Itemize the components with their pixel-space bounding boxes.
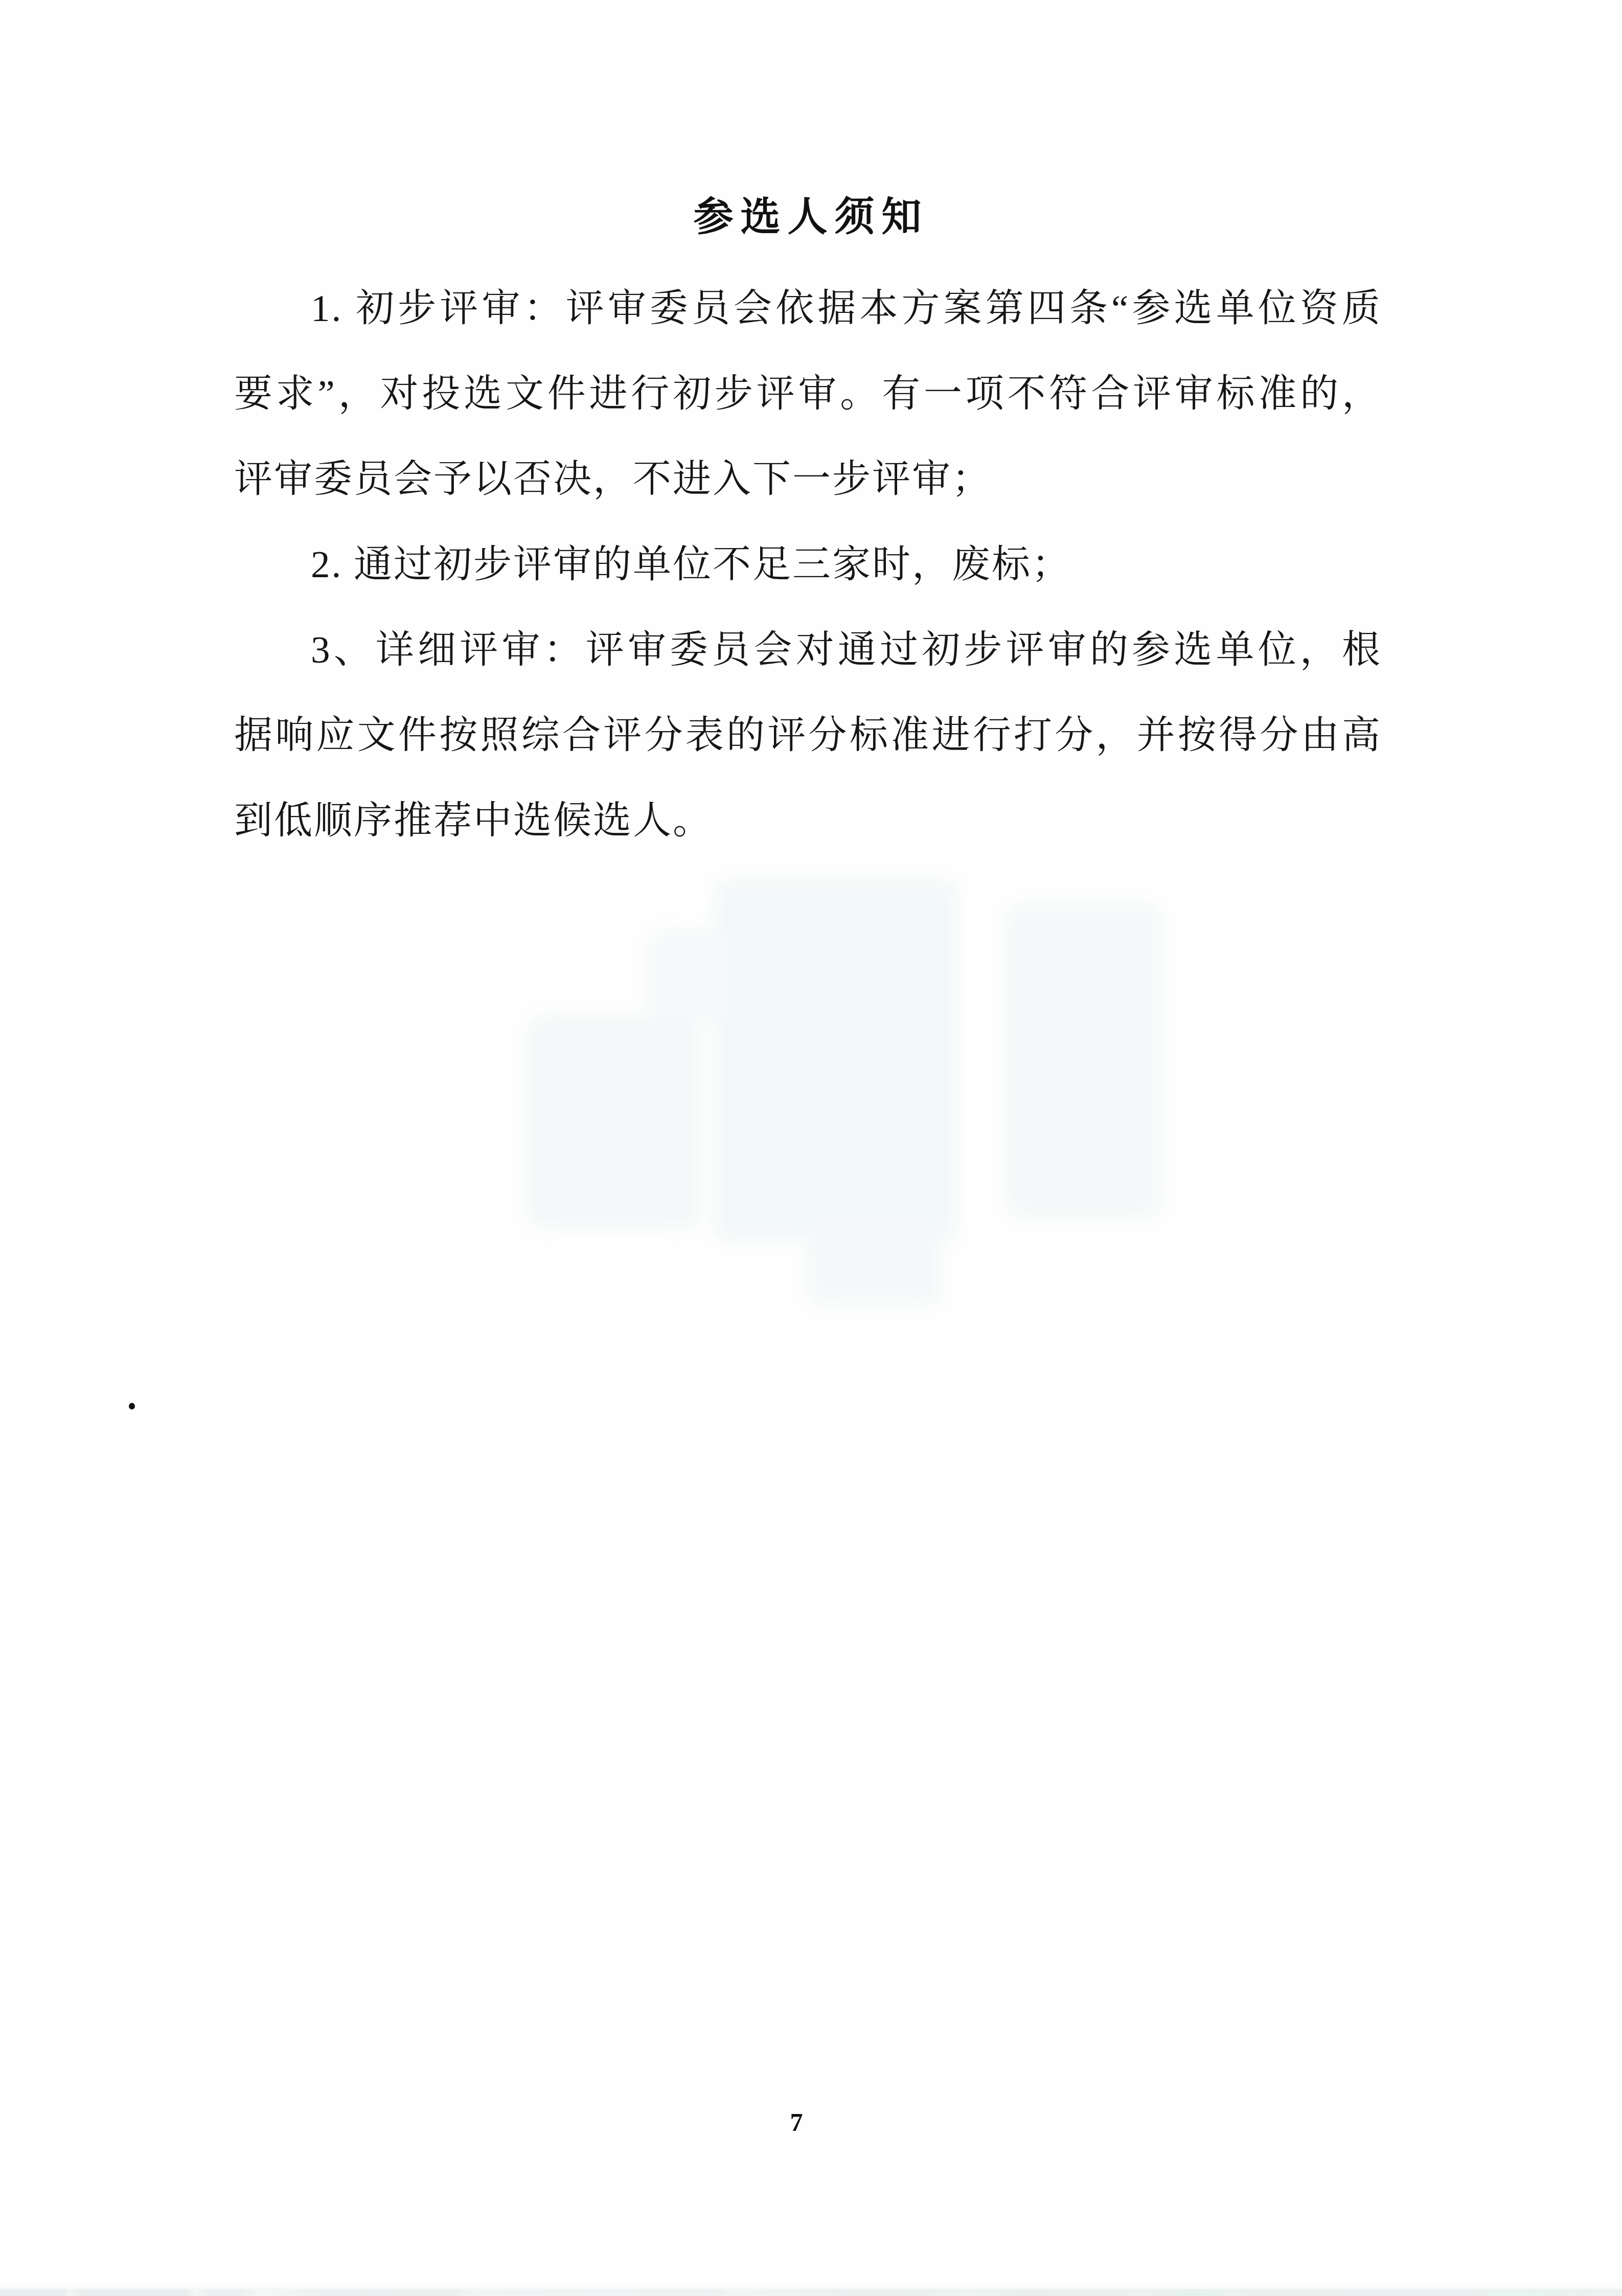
watermark-blob — [529, 1017, 698, 1227]
ink-speck — [129, 1403, 135, 1410]
watermark-blob — [649, 930, 731, 1022]
body-text: 1. 初步评审：评审委员会依据本方案第四条“参选单位资质 要求”，对投选文件进行… — [234, 266, 1382, 863]
watermark-blob — [1007, 905, 1160, 1217]
text-line: 到低顺序推荐中选候选人。 — [234, 778, 1382, 863]
text-line: 评审委员会予以否决，不进入下一步评审； — [234, 437, 1382, 522]
watermark-blob — [716, 882, 956, 1240]
scan-edge-artifact — [0, 2289, 1622, 2296]
text-line: 据响应文件按照综合评分表的评分标准进行打分，并按得分由高 — [234, 693, 1382, 778]
text-line: 2. 通过初步评审的单位不足三家时，废标； — [234, 522, 1382, 607]
page-number: 7 — [781, 2107, 812, 2137]
text-line: 3、详细评审：评审委员会对通过初步评审的参选单位，根 — [234, 607, 1382, 693]
text-line: 要求”，对投选文件进行初步评审。有一项不符合评审标准的， — [234, 351, 1382, 437]
document-page: 参选人须知 1. 初步评审：评审委员会依据本方案第四条“参选单位资质 要求”，对… — [0, 0, 1622, 2296]
watermark-blob — [808, 1222, 941, 1304]
watermark — [521, 869, 1176, 1268]
text-line: 1. 初步评审：评审委员会依据本方案第四条“参选单位资质 — [234, 266, 1382, 351]
page-title: 参选人须知 — [0, 185, 1622, 242]
